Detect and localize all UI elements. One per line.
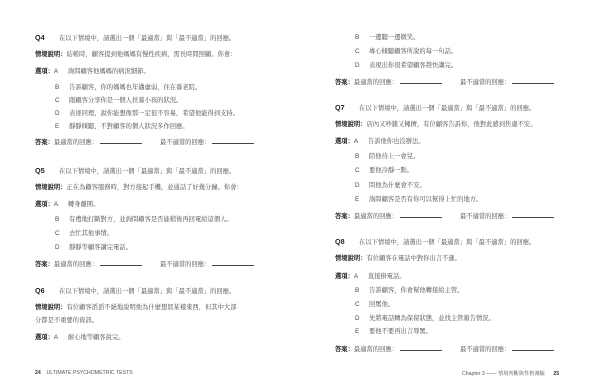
scenario-text: 有位顧客在電話中對你出言不遜。 — [366, 255, 460, 262]
question-number: Q4 — [35, 33, 59, 42]
option-letter: D — [55, 243, 69, 252]
options-label: 選項： — [335, 273, 354, 280]
option-text: 詢問顧客他媽媽的病況細節。 — [68, 68, 150, 75]
question-number: Q7 — [335, 103, 359, 112]
q7-answer: 答案：最適當的回應： 最不適當的回應： — [335, 211, 572, 221]
q4-option-c: C跟顧客分享你是一個人扶養小孩的狀況。 — [55, 96, 182, 105]
option-text: 告訴顧客，你的媽媽也年邁虛弱，住在養老院。 — [69, 84, 201, 91]
answer-label: 答案： — [335, 346, 354, 353]
q4-option-a: 選項：A詢問顧客他媽媽的病況細節。 — [35, 67, 150, 76]
q7-option-d: D問他為什麼會不安。 — [355, 181, 426, 190]
question-prompt: 在以下情境中，請選出一個「最適當」與「最不適當」的回應。 — [59, 35, 235, 42]
worst-answer-blank[interactable] — [212, 137, 254, 144]
q7-option-e: E詢問顧客是否有你可以幫得上忙的地方。 — [355, 195, 482, 204]
q8-scenario: 情境說明：有位顧客在電話中對你出言不遜。 — [335, 254, 461, 263]
q5-header: Q5在以下情境中，請選出一個「最適當」與「最不適當」的回應。 — [35, 166, 235, 176]
scenario-text: 有位顧客滔滔不絕地說明他為什麼想買某樣東西，但其中大部 — [66, 304, 236, 311]
best-label: 最適當的回應： — [354, 213, 398, 220]
option-text: 去忙其他事情。 — [69, 230, 113, 237]
scenario-text: 店內又吵雜又擁擠，有位顧客告訴你，他對此感到焦慮不安。 — [366, 121, 536, 128]
question-prompt: 在以下情境中，請選出一個「最適當」與「最不適當」的回應。 — [359, 239, 535, 246]
option-letter: B — [355, 286, 369, 295]
option-letter: B — [55, 83, 69, 92]
option-letter: C — [55, 229, 69, 238]
answer-label: 答案： — [335, 79, 354, 86]
option-text: 表達同理，說你能想像那一定很不容易，希望他能得到支持。 — [69, 110, 239, 117]
q7-scenario: 情境說明：店內又吵雜又擁擠，有位顧客告訴你，他對此感到焦慮不安。 — [335, 120, 537, 129]
options-label: 選項： — [35, 201, 54, 208]
q5-option-c: C去忙其他事情。 — [55, 229, 113, 238]
question-prompt: 在以下情境中，請選出一個「最適當」與「最不適當」的回應。 — [59, 168, 235, 175]
best-answer-blank[interactable] — [400, 77, 442, 84]
worst-answer-blank[interactable] — [512, 344, 554, 351]
q4-option-b: B告訴顧客，你的媽媽也年邁虛弱，住在養老院。 — [55, 83, 201, 92]
q6-option-a: 選項：A耐心地等顧客說完。 — [35, 333, 125, 342]
option-letter: B — [355, 152, 369, 161]
option-letter: E — [355, 195, 369, 204]
q6-option-b: B一邊聽一邊微笑。 — [355, 33, 419, 42]
option-text: 回罵他。 — [369, 301, 394, 308]
worst-answer-blank[interactable] — [512, 211, 554, 218]
option-letter: D — [55, 109, 69, 118]
best-label: 最適當的回應： — [54, 139, 98, 146]
q8-option-b: B告訴顧客，你會幫他轉接給主管。 — [355, 286, 463, 295]
scenario-label: 情境說明： — [35, 51, 66, 58]
question-number: Q6 — [35, 286, 59, 295]
option-text: 先將電話轉為保留狀態，並找主管報告情況。 — [369, 315, 495, 322]
question-number: Q8 — [335, 237, 359, 246]
option-text: 靜靜等顧客講完電話。 — [69, 244, 132, 251]
book-title: ULTIMATE PSYCHOMETRIC TESTS — [47, 370, 133, 376]
answer-label: 答案： — [335, 213, 354, 220]
option-letter: B — [55, 215, 69, 224]
q5-scenario: 情境說明：正在為顧客服務時，對方接起手機，並通話了好幾分鐘。你會： — [35, 183, 243, 192]
option-text: 問他為什麼會不安。 — [369, 182, 426, 189]
right-page-footer: Chapter 3 —— 情境判斷與性格測驗 25 — [462, 370, 559, 377]
q5-option-d: D靜靜等顧客講完電話。 — [55, 243, 132, 252]
page-number: 24 — [35, 370, 41, 376]
option-letter: E — [355, 327, 369, 336]
option-text: 要他冷靜一點。 — [369, 167, 413, 174]
q4-answer: 答案：最適當的回應： 最不適當的回應： — [35, 137, 272, 147]
right-page: B一邊聽一邊微笑。 C專心傾聽顧客所說的每一句話。 D表現出你很希望顧客趕快講完… — [300, 0, 600, 389]
scenario-text-continued: 分都是不重要的資訊。 — [35, 317, 98, 324]
scenario-label: 情境說明： — [35, 184, 66, 191]
q6-scenario-line2: 分都是不重要的資訊。 — [35, 316, 98, 325]
best-label: 最適當的回應： — [354, 79, 398, 86]
q5-option-b: B有禮地打斷對方，並詢問顧客是否能稍後再回電給這個人。 — [55, 215, 233, 224]
q4-option-d: D表達同理，說你能想像那一定很不容易，希望他能得到支持。 — [55, 109, 239, 118]
scenario-text: 結帳時，顧客提到他媽媽有慢性疾病，需長時間照顧。你會： — [66, 51, 236, 58]
best-answer-blank[interactable] — [400, 344, 442, 351]
options-label: 選項： — [35, 334, 54, 341]
scenario-label: 情境說明： — [35, 304, 66, 311]
page-number: 25 — [553, 371, 559, 377]
scenario-text: 正在為顧客服務時，對方接起手機，並通話了好幾分鐘。你會： — [66, 184, 242, 191]
option-text: 表現出你很希望顧客趕快講完。 — [369, 62, 457, 69]
option-letter: D — [355, 61, 369, 70]
option-text: 專心傾聽顧客所說的每一句話。 — [369, 48, 457, 55]
option-text: 轉身離開。 — [68, 201, 99, 208]
q6-answer: 答案：最適當的回應： 最不適當的回應： — [335, 77, 572, 87]
option-text: 耐心地等顧客說完。 — [68, 334, 125, 341]
option-text: 一邊聽一邊微笑。 — [369, 34, 419, 41]
worst-label: 最不適當的回應： — [160, 261, 210, 268]
option-letter: B — [355, 33, 369, 42]
q8-answer: 答案：最適當的回應： 最不適當的回應： — [335, 344, 572, 354]
option-letter: A — [54, 67, 68, 76]
q8-option-d: D先將電話轉為保留狀態，並找主管報告情況。 — [355, 314, 495, 323]
option-letter: C — [355, 300, 369, 309]
q6-scenario-line1: 情境說明：有位顧客滔滔不絕地說明他為什麼想買某樣東西，但其中大部 — [35, 303, 237, 312]
scenario-label: 情境說明： — [335, 121, 366, 128]
option-text: 告訴顧客，你會幫他轉接給主管。 — [369, 287, 463, 294]
option-text: 詢問顧客是否有你可以幫得上忙的地方。 — [369, 196, 482, 203]
answer-label: 答案： — [35, 139, 54, 146]
best-label: 最適當的回應： — [54, 261, 98, 268]
q6-option-c: C專心傾聽顧客所說的每一句話。 — [355, 47, 457, 56]
best-label: 最適當的回應： — [354, 346, 398, 353]
option-letter: D — [355, 181, 369, 190]
worst-label: 最不適當的回應： — [460, 79, 510, 86]
q4-scenario: 情境說明：結帳時，顧客提到他媽媽有慢性疾病，需長時間照顧。你會： — [35, 50, 237, 59]
option-text: 告訴他你也沒辦法。 — [368, 138, 425, 145]
option-letter: A — [54, 200, 68, 209]
best-answer-blank[interactable] — [100, 259, 142, 266]
option-letter: A — [354, 137, 368, 146]
q7-option-c: C要他冷靜一點。 — [355, 166, 413, 175]
option-text: 靜靜傾聽，不對顧客的個人狀況多作回應。 — [69, 123, 189, 130]
q8-option-a: 選項：A直接掛電話。 — [335, 272, 406, 281]
question-number: Q5 — [35, 166, 59, 175]
option-text: 直接掛電話。 — [368, 273, 406, 280]
option-letter: C — [355, 47, 369, 56]
best-answer-blank[interactable] — [100, 137, 142, 144]
q7-option-b: B陪他待上一會兒。 — [355, 152, 419, 161]
q7-header: Q7在以下情境中，請選出一個「最適當」與「最不適當」的回應。 — [335, 103, 535, 113]
option-letter: D — [355, 314, 369, 323]
options-label: 選項： — [35, 68, 54, 75]
question-prompt: 在以下情境中，請選出一個「最適當」與「最不適當」的回應。 — [359, 105, 535, 112]
worst-answer-blank[interactable] — [512, 77, 554, 84]
option-letter: A — [54, 333, 68, 342]
scenario-label: 情境說明： — [335, 255, 366, 262]
left-page: Q4在以下情境中，請選出一個「最適當」與「最不適當」的回應。 情境說明：結帳時，… — [0, 0, 300, 389]
option-letter: C — [355, 166, 369, 175]
q6-header: Q6在以下情境中，請選出一個「最適當」與「最不適當」的回應。 — [35, 286, 235, 296]
best-answer-blank[interactable] — [400, 211, 442, 218]
question-prompt: 在以下情境中，請選出一個「最適當」與「最不適當」的回應。 — [59, 288, 235, 295]
q4-header: Q4在以下情境中，請選出一個「最適當」與「最不適當」的回應。 — [35, 33, 235, 43]
q5-option-a: 選項：A轉身離開。 — [35, 200, 99, 209]
worst-label: 最不適當的回應： — [460, 213, 510, 220]
answer-label: 答案： — [35, 261, 54, 268]
options-label: 選項： — [335, 138, 354, 145]
option-letter: A — [354, 272, 368, 281]
chapter-title: Chapter 3 —— 情境判斷與性格測驗 — [462, 371, 545, 377]
q5-answer: 答案：最適當的回應： 最不適當的回應： — [35, 259, 272, 269]
q4-option-e: E靜靜傾聽，不對顧客的個人狀況多作回應。 — [55, 122, 189, 131]
option-text: 要他不要再出言辱罵。 — [369, 328, 432, 335]
q8-header: Q8在以下情境中，請選出一個「最適當」與「最不適當」的回應。 — [335, 237, 535, 247]
q7-option-a: 選項：A告訴他你也沒辦法。 — [335, 137, 425, 146]
option-text: 跟顧客分享你是一個人扶養小孩的狀況。 — [69, 97, 182, 104]
q8-option-e: E要他不要再出言辱罵。 — [355, 327, 432, 336]
option-letter: E — [55, 122, 69, 131]
option-letter: C — [55, 96, 69, 105]
worst-label: 最不適當的回應： — [460, 346, 510, 353]
worst-label: 最不適當的回應： — [160, 139, 210, 146]
option-text: 陪他待上一會兒。 — [369, 153, 419, 160]
q6-option-d: D表現出你很希望顧客趕快講完。 — [355, 61, 457, 70]
option-text: 有禮地打斷對方，並詢問顧客是否能稍後再回電給這個人。 — [69, 216, 233, 223]
q8-option-c: C回罵他。 — [355, 300, 394, 309]
left-page-footer: 24 ULTIMATE PSYCHOMETRIC TESTS — [35, 370, 133, 376]
worst-answer-blank[interactable] — [212, 259, 254, 266]
